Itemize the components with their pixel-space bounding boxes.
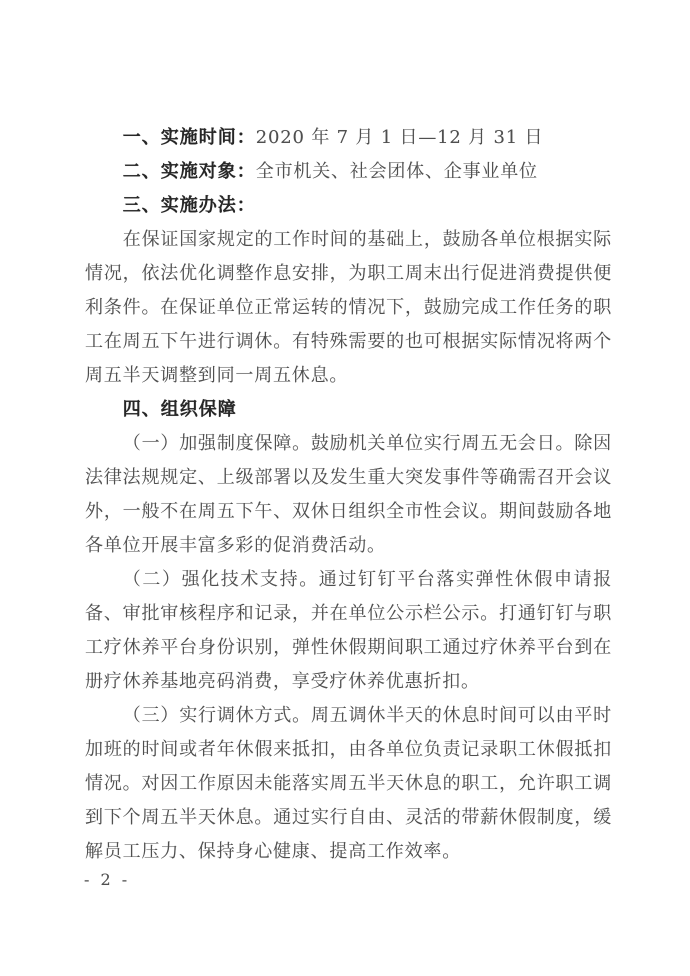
document-page: 一、实施时间：2020 年 7 月 1 日—12 月 31 日 二、实施对象：全… xyxy=(0,0,690,976)
heading-line-implementation-method: 三、实施办法： xyxy=(85,189,612,223)
intro-paragraph: 在保证国家规定的工作时间的基础上，鼓励各单位根据实际情况，依法优化调整作息安排，… xyxy=(85,223,612,393)
heading-value: 全市机关、社会团体、企事业单位 xyxy=(256,161,538,182)
heading-label: 三、实施办法： xyxy=(123,195,256,216)
doc-content: 一、实施时间：2020 年 7 月 1 日—12 月 31 日 二、实施对象：全… xyxy=(85,121,612,869)
heading-line-implementation-target: 二、实施对象：全市机关、社会团体、企事业单位 xyxy=(85,155,612,189)
sub-paragraph-2: （二）强化技术支持。通过钉钉平台落实弹性休假申请报备、审批审核程序和记录，并在单… xyxy=(85,563,612,699)
page-number: - 2 - xyxy=(84,868,130,892)
heading-label: 一、实施时间： xyxy=(123,127,256,148)
heading-line-implementation-time: 一、实施时间：2020 年 7 月 1 日—12 月 31 日 xyxy=(85,121,612,155)
heading-label: 二、实施对象： xyxy=(123,161,256,182)
sub-paragraph-3: （三）实行调休方式。周五调休半天的休息时间可以由平时加班的时间或者年休假来抵扣，… xyxy=(85,699,612,869)
heading-value: 2020 年 7 月 1 日—12 月 31 日 xyxy=(256,127,544,148)
sub-paragraph-1: （一）加强制度保障。鼓励机关单位实行周五无会日。除因法律法规规定、上级部署以及发… xyxy=(85,427,612,563)
section-four-heading: 四、组织保障 xyxy=(85,393,612,427)
